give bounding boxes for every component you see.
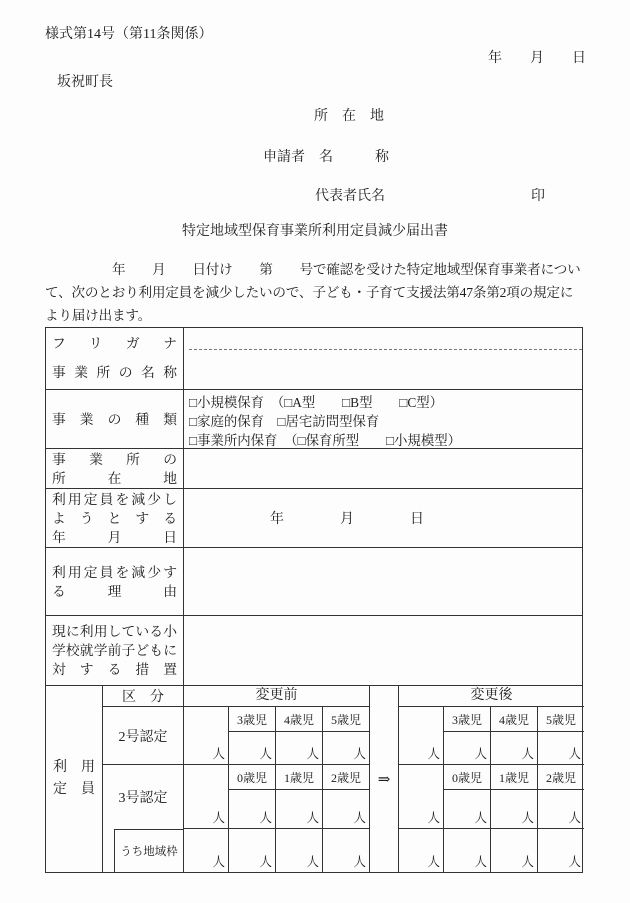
measures-field <box>184 616 582 685</box>
label-regional-quota: うち地域枠 <box>114 829 183 872</box>
arrow-right-icon: ⇒ <box>378 770 391 789</box>
person-unit: 人 <box>399 856 443 872</box>
person-unit: 人 <box>229 748 275 764</box>
person-unit: 人 <box>444 748 490 764</box>
person-unit: 人 <box>444 856 490 872</box>
capacity-cell: 0歳児 人 <box>443 765 490 828</box>
age-label: 3歳児 <box>444 707 490 732</box>
capacity-table: 利 用 定 員 区 分 2号認定 3号認定 うち地域枠 変更前 人 <box>46 686 582 872</box>
capacity-cell: 人 <box>275 829 322 872</box>
business-type-options: □小規模保育 （□A型 □B型 □C型） □家庭的保育 □居宅訪問型保育 □事業… <box>184 390 582 450</box>
after-header: 変更後 <box>399 686 584 707</box>
capacity-cell: 1歳児 人 <box>275 765 322 828</box>
capacity-cell: 人 <box>443 829 490 872</box>
furigana-divider <box>189 328 582 350</box>
after-no2-row: 人 3歳児 人 4歳児 人 5歳児 人 <box>399 707 584 765</box>
body-line: て、次のとおり利用定員を減少したいので、子ども・子育て支援法第47条第2項の規定… <box>45 281 587 304</box>
age-label: 1歳児 <box>491 765 537 790</box>
before-regional-row: 人 人 人 人 <box>184 829 369 872</box>
after-regional-row: 人 人 人 人 <box>399 829 584 872</box>
person-unit: 人 <box>323 856 369 872</box>
business-address-field <box>184 449 582 488</box>
person-unit: 人 <box>276 812 322 828</box>
age-label: 4歳児 <box>276 707 322 732</box>
form-title: 特定地域型保育事業所利用定員減少届出書 <box>0 220 630 240</box>
main-table: フリガナ 事業所の名称 事業の種類 □小規模保育 （□A型 □B型 □C型） □… <box>45 327 583 873</box>
age-label: 2歳児 <box>538 765 584 790</box>
reduction-reason-field <box>184 548 582 615</box>
capacity-cell-total: 人 <box>184 765 228 828</box>
body-line: 年 月 日付け 第 号で確認を受けた特定地域型保育事業者につい <box>45 258 587 281</box>
person-unit: 人 <box>399 748 443 764</box>
row-label: 現に利用している小 学校就学前子どもに 対する措置 <box>46 616 184 685</box>
applicant-address-label: 所 在 地 <box>314 105 384 125</box>
before-block: 変更前 人 3歳児 人 4歳児 人 5歳児 人 <box>184 686 370 872</box>
capacity-cell: 人 <box>537 829 584 872</box>
division-column: 区 分 2号認定 3号認定 うち地域枠 <box>103 686 184 872</box>
capacity-cell: 1歳児 人 <box>490 765 537 828</box>
capacity-cell: 4歳児 人 <box>275 707 322 764</box>
before-no2-row: 人 3歳児 人 4歳児 人 5歳児 人 <box>184 707 369 765</box>
capacity-cell: 3歳児 人 <box>228 707 275 764</box>
person-unit: 人 <box>229 856 275 872</box>
age-label: 2歳児 <box>323 765 369 790</box>
capacity-cell-total: 人 <box>399 765 443 828</box>
age-label: 5歳児 <box>323 707 369 732</box>
person-unit: 人 <box>184 856 228 872</box>
capacity-cell: 人 <box>228 829 275 872</box>
capacity-cell-total: 人 <box>399 829 443 872</box>
person-unit: 人 <box>538 748 584 764</box>
applicant-name-label: 申請者 名 称 <box>263 146 389 166</box>
age-label: 4歳児 <box>491 707 537 732</box>
arrow-column: ⇒ <box>370 686 399 872</box>
person-unit: 人 <box>323 748 369 764</box>
capacity-cell: 2歳児 人 <box>322 765 369 828</box>
person-unit: 人 <box>276 856 322 872</box>
capacity-cell: 人 <box>490 829 537 872</box>
person-unit: 人 <box>399 812 443 828</box>
person-unit: 人 <box>184 812 228 828</box>
person-unit: 人 <box>229 812 275 828</box>
label-no3-certification: 3号認定 <box>103 765 183 829</box>
person-unit: 人 <box>491 748 537 764</box>
age-label: 0歳児 <box>444 765 490 790</box>
body-paragraph: 年 月 日付け 第 号で確認を受けた特定地域型保育事業者につい て、次のとおり利… <box>45 258 587 327</box>
person-unit: 人 <box>276 748 322 764</box>
before-header: 変更前 <box>184 686 369 707</box>
capacity-cell: 2歳児 人 <box>537 765 584 828</box>
person-unit: 人 <box>323 812 369 828</box>
capacity-cell: 5歳児 人 <box>537 707 584 764</box>
representative-name-label: 代表者氏名 <box>315 185 385 205</box>
before-no3-row: 人 0歳児 人 1歳児 人 2歳児 人 <box>184 765 369 829</box>
division-lower: 3号認定 うち地域枠 <box>103 765 183 872</box>
capacity-row-header: 利 用 定 員 <box>46 686 103 872</box>
form-number: 様式第14号（第11条関係） <box>45 23 212 43</box>
capacity-cell: 3歳児 人 <box>443 707 490 764</box>
checkbox-option-line: □小規模保育 （□A型 □B型 □C型） <box>189 393 582 412</box>
reduction-date-field: 年 月 日 <box>184 489 582 547</box>
addressee: 坂祝町長 <box>57 71 113 91</box>
after-block: 変更後 人 3歳児 人 4歳児 人 5歳児 人 <box>399 686 584 872</box>
body-line: より届け出ます。 <box>45 304 587 327</box>
label-no2-certification: 2号認定 <box>103 707 183 765</box>
row-label: 事業所の 所在地 <box>46 449 184 488</box>
capacity-cell: 4歳児 人 <box>490 707 537 764</box>
capacity-cell-total: 人 <box>184 707 228 764</box>
capacity-cell: 5歳児 人 <box>322 707 369 764</box>
person-unit: 人 <box>538 856 584 872</box>
after-no3-row: 人 0歳児 人 1歳児 人 2歳児 人 <box>399 765 584 829</box>
seal-mark: 印 <box>531 185 545 205</box>
row-label: 事業の種類 <box>46 390 184 448</box>
age-label: 3歳児 <box>229 707 275 732</box>
checkbox-option-line: □家庭的保育 □居宅訪問型保育 <box>189 412 582 431</box>
document-page: 様式第14号（第11条関係） 年 月 日 坂祝町長 所 在 地 申請者 名 称 … <box>0 0 630 903</box>
row-measures-for-children: 現に利用している小 学校就学前子どもに 対する措置 <box>46 616 582 686</box>
business-name-field <box>184 328 582 389</box>
capacity-cell-total: 人 <box>184 829 228 872</box>
division-header: 区 分 <box>103 686 183 707</box>
age-label: 0歳児 <box>229 765 275 790</box>
row-reduction-date: 利用定員を減少し ようとする 年月日 年 月 日 <box>46 489 582 548</box>
checkbox-option-line: □事業所内保育 （□保育所型 □小規模型） <box>189 431 582 450</box>
date-line: 年 月 日 <box>488 47 586 67</box>
row-label: 利用定員を減少し ようとする 年月日 <box>46 489 184 547</box>
person-unit: 人 <box>184 748 228 764</box>
person-unit: 人 <box>491 856 537 872</box>
row-reduction-reason: 利用定員を減少す る理由 <box>46 548 582 616</box>
capacity-cell-total: 人 <box>399 707 443 764</box>
age-label: 1歳児 <box>276 765 322 790</box>
capacity-cell: 0歳児 人 <box>228 765 275 828</box>
row-business-name: フリガナ 事業所の名称 <box>46 328 582 390</box>
row-business-type: 事業の種類 □小規模保育 （□A型 □B型 □C型） □家庭的保育 □居宅訪問型… <box>46 390 582 449</box>
business-type-field: □小規模保育 （□A型 □B型 □C型） □家庭的保育 □居宅訪問型保育 □事業… <box>184 390 582 448</box>
person-unit: 人 <box>444 812 490 828</box>
age-label: 5歳児 <box>538 707 584 732</box>
row-label: フリガナ 事業所の名称 <box>46 328 184 389</box>
row-label: 利用定員を減少す る理由 <box>46 548 184 615</box>
person-unit: 人 <box>538 812 584 828</box>
person-unit: 人 <box>491 812 537 828</box>
row-business-address: 事業所の 所在地 <box>46 449 582 489</box>
capacity-cell: 人 <box>322 829 369 872</box>
